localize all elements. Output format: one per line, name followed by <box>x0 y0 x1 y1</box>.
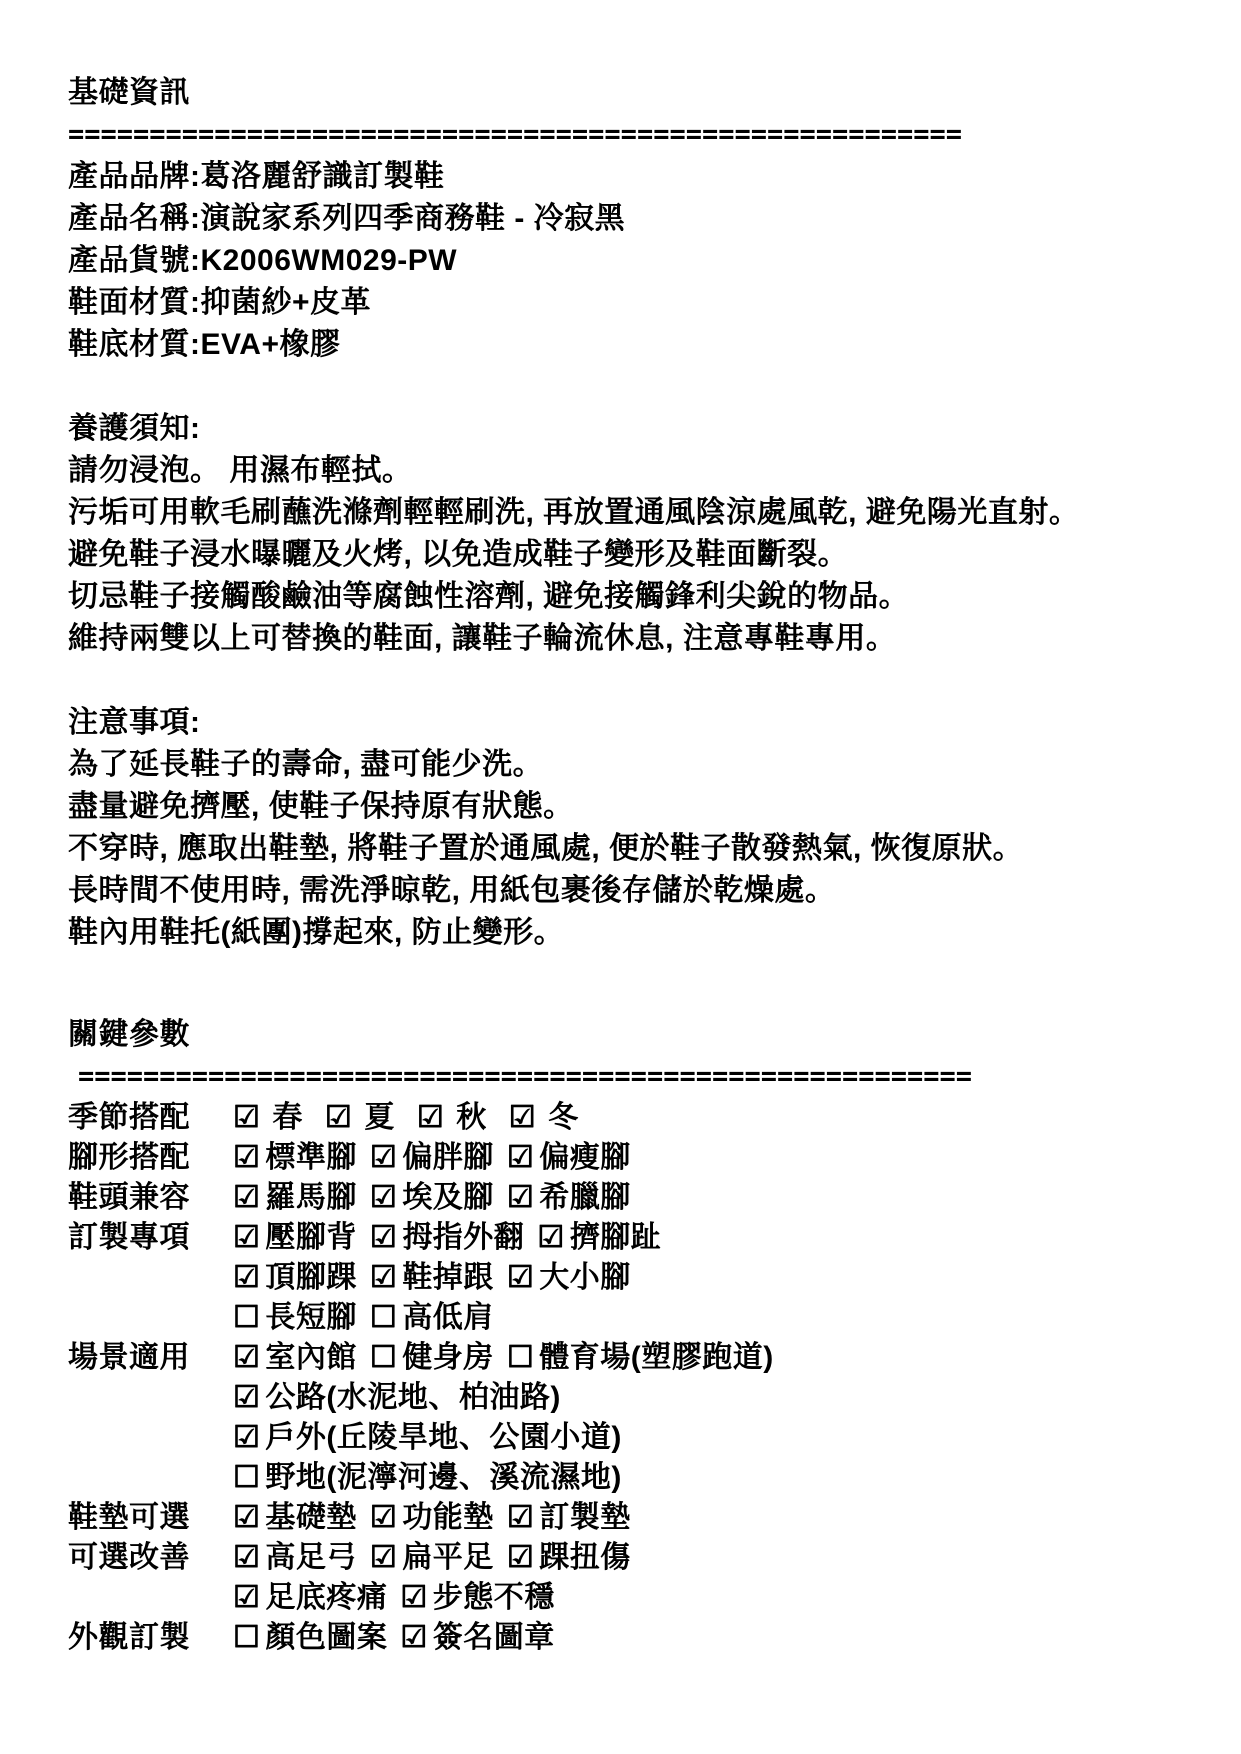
paragraph-line: 切忌鞋子接觸酸鹼油等腐蝕性溶劑, 避免接觸鋒利尖銳的物品。 <box>68 576 1201 618</box>
checkbox-item: ☐健身房 <box>370 1341 494 1374</box>
checkbox-item-label: 鞋掉跟 <box>402 1261 494 1294</box>
checkbox-item: ☐顏色圖案 <box>233 1621 387 1654</box>
checkbox-checked-icon: ☑ <box>233 1341 260 1374</box>
field-separator: : <box>190 286 201 319</box>
section-key-parameters: 關鍵參數 ===================================… <box>68 1014 1201 1658</box>
param-items: ☑公路(水泥地、柏油路) <box>233 1381 574 1414</box>
checkbox-item: ☑偏胖腳 <box>370 1141 494 1174</box>
checkbox-item: ☐長短腳 <box>233 1301 357 1334</box>
param-label: 鞋墊可選 <box>68 1498 233 1538</box>
checkbox-item: ☑秋 <box>417 1101 487 1134</box>
param-label: 鞋頭兼容 <box>68 1178 233 1218</box>
param-row: ☑足底疼痛☑步態不穩 <box>68 1578 1201 1618</box>
checkbox-item-label: 偏胖腳 <box>402 1141 494 1174</box>
param-row: ☑頂腳踝☑鞋掉跟☑大小腳 <box>68 1258 1201 1298</box>
param-items: ☐顏色圖案☑簽名圖章 <box>233 1621 568 1654</box>
param-row: 場景適用☑室內館☐健身房☐體育場(塑膠跑道) <box>68 1338 1201 1378</box>
checkbox-item-label: 基礎墊 <box>265 1501 357 1534</box>
checkbox-checked-icon: ☑ <box>233 1221 260 1254</box>
field-separator: : <box>190 160 201 193</box>
info-field-row: 產品貨號:K2006WM029-PW <box>68 240 1201 282</box>
param-row: 腳形搭配☑標準腳☑偏胖腳☑偏瘦腳 <box>68 1138 1201 1178</box>
field-label: 鞋面材質 <box>68 286 190 319</box>
field-label: 產品品牌 <box>68 160 190 193</box>
param-items: ☑足底疼痛☑步態不穩 <box>233 1581 568 1614</box>
param-row: ☑公路(水泥地、柏油路) <box>68 1378 1201 1418</box>
checkbox-item: ☑大小腳 <box>507 1261 631 1294</box>
param-items: ☑標準腳☑偏胖腳☑偏瘦腳 <box>233 1141 644 1174</box>
checkbox-item: ☑標準腳 <box>233 1141 357 1174</box>
checkbox-item-label: 健身房 <box>402 1341 494 1374</box>
checkbox-unchecked-icon: ☐ <box>233 1301 260 1334</box>
care-heading: 養護須知: <box>68 408 1201 450</box>
param-items: ☑高足弓☑扁平足☑踝扭傷 <box>233 1541 644 1574</box>
param-items: ☐長短腳☐高低肩 <box>233 1301 507 1334</box>
checkbox-item-label: 壓腳背 <box>265 1221 357 1254</box>
checkbox-item: ☑冬 <box>509 1101 579 1134</box>
param-label: 可選改善 <box>68 1538 233 1578</box>
param-label: 訂製專項 <box>68 1218 233 1258</box>
product-spec-document: 基礎資訊 ===================================… <box>0 0 1241 1658</box>
paragraph-line: 污垢可用軟毛刷蘸洗滌劑輕輕刷洗, 再放置通風陰涼處風乾, 避免陽光直射。 <box>68 492 1201 534</box>
checkbox-item-label: 偏瘦腳 <box>539 1141 631 1174</box>
checkbox-checked-icon: ☑ <box>325 1101 352 1134</box>
divider-line: ========================================… <box>78 1056 1018 1098</box>
checkbox-item-label: 拇指外翻 <box>402 1221 524 1254</box>
checkbox-item: ☑高足弓 <box>233 1541 357 1574</box>
field-value: 抑菌紗+皮革 <box>201 286 372 319</box>
checkbox-checked-icon: ☑ <box>537 1221 564 1254</box>
param-row: 鞋頭兼容☑羅馬腳☑埃及腳☑希臘腳 <box>68 1178 1201 1218</box>
section-notes: 注意事項: 為了延長鞋子的壽命, 盡可能少洗。盡量避免擠壓, 使鞋子保持原有狀態… <box>68 702 1201 954</box>
param-items: ☑基礎墊☑功能墊☑訂製墊 <box>233 1501 644 1534</box>
param-items: ☑羅馬腳☑埃及腳☑希臘腳 <box>233 1181 644 1214</box>
checkbox-item-label: 高低肩 <box>402 1301 494 1334</box>
checkbox-item-label: 高足弓 <box>265 1541 357 1574</box>
checkbox-item-label: 埃及腳 <box>402 1181 494 1214</box>
param-items: ☑頂腳踝☑鞋掉跟☑大小腳 <box>233 1261 644 1294</box>
checkbox-item: ☑扁平足 <box>370 1541 494 1574</box>
param-items: ☑戶外(丘陵旱地、公園小道) <box>233 1421 635 1454</box>
checkbox-checked-icon: ☑ <box>233 1101 260 1134</box>
checkbox-item-label: 足底疼痛 <box>265 1581 387 1614</box>
param-items: ☐野地(泥濘河邊、溪流濕地) <box>233 1461 635 1494</box>
checkbox-checked-icon: ☑ <box>233 1581 260 1614</box>
checkbox-checked-icon: ☑ <box>507 1541 534 1574</box>
checkbox-item: ☐野地(泥濘河邊、溪流濕地) <box>233 1461 622 1494</box>
checkbox-item: ☑擠腳趾 <box>537 1221 661 1254</box>
checkbox-checked-icon: ☑ <box>370 1181 397 1214</box>
param-row: ☐長短腳☐高低肩 <box>68 1298 1201 1338</box>
checkbox-item-label: 戶外(丘陵旱地、公園小道) <box>265 1421 621 1454</box>
param-items: ☑春☑夏☑秋☑冬 <box>233 1101 601 1134</box>
checkbox-item-label: 功能墊 <box>402 1501 494 1534</box>
paragraph-line: 不穿時, 應取出鞋墊, 將鞋子置於通風處, 便於鞋子散發熱氣, 恢復原狀。 <box>68 828 1201 870</box>
checkbox-item-label: 體育場(塑膠跑道) <box>539 1341 773 1374</box>
paragraph-line: 盡量避免擠壓, 使鞋子保持原有狀態。 <box>68 786 1201 828</box>
notes-heading: 注意事項: <box>68 702 1201 744</box>
checkbox-checked-icon: ☑ <box>233 1141 260 1174</box>
info-field-row: 產品名稱:演說家系列四季商務鞋 - 冷寂黑 <box>68 198 1201 240</box>
checkbox-item-label: 春 <box>272 1101 303 1134</box>
paragraph-line: 維持兩雙以上可替換的鞋面, 讓鞋子輪流休息, 注意專鞋專用。 <box>68 618 1201 660</box>
checkbox-item: ☑訂製墊 <box>507 1501 631 1534</box>
checkbox-item-label: 簽名圖章 <box>433 1621 555 1654</box>
checkbox-item-label: 顏色圖案 <box>265 1621 387 1654</box>
checkbox-item: ☑公路(水泥地、柏油路) <box>233 1381 561 1414</box>
checkbox-item: ☐體育場(塑膠跑道) <box>507 1341 774 1374</box>
checkbox-item: ☑簽名圖章 <box>400 1621 554 1654</box>
checkbox-item: ☑春 <box>233 1101 303 1134</box>
checkbox-item: ☑頂腳踝 <box>233 1261 357 1294</box>
checkbox-item: ☑拇指外翻 <box>370 1221 524 1254</box>
field-separator: : <box>190 328 201 361</box>
paragraph-line: 請勿浸泡。 用濕布輕拭。 <box>68 450 1201 492</box>
checkbox-item-label: 標準腳 <box>265 1141 357 1174</box>
divider-line: ========================================… <box>68 114 1008 156</box>
checkbox-unchecked-icon: ☐ <box>370 1301 397 1334</box>
checkbox-checked-icon: ☑ <box>507 1141 534 1174</box>
checkbox-checked-icon: ☑ <box>507 1501 534 1534</box>
param-row: 訂製專項☑壓腳背☑拇指外翻☑擠腳趾 <box>68 1218 1201 1258</box>
checkbox-item-label: 步態不穩 <box>433 1581 555 1614</box>
param-row: ☑戶外(丘陵旱地、公園小道) <box>68 1418 1201 1458</box>
section-care-instructions: 養護須知: 請勿浸泡。 用濕布輕拭。污垢可用軟毛刷蘸洗滌劑輕輕刷洗, 再放置通風… <box>68 408 1201 660</box>
checkbox-item: ☑夏 <box>325 1101 395 1134</box>
document-page: { "page": { "background": "#ffffff", "te… <box>0 0 1241 1754</box>
checkbox-checked-icon: ☑ <box>370 1541 397 1574</box>
paragraph-line: 避免鞋子浸水曝曬及火烤, 以免造成鞋子變形及鞋面斷裂。 <box>68 534 1201 576</box>
checkbox-item-label: 擠腳趾 <box>570 1221 662 1254</box>
checkbox-item-label: 扁平足 <box>402 1541 494 1574</box>
checkbox-unchecked-icon: ☐ <box>370 1341 397 1374</box>
checkbox-unchecked-icon: ☐ <box>507 1341 534 1374</box>
checkbox-item-label: 頂腳踝 <box>265 1261 357 1294</box>
param-label: 季節搭配 <box>68 1098 233 1138</box>
field-label: 產品貨號 <box>68 244 190 277</box>
checkbox-item: ☑偏瘦腳 <box>507 1141 631 1174</box>
checkbox-item: ☑希臘腳 <box>507 1181 631 1214</box>
checkbox-item-label: 野地(泥濘河邊、溪流濕地) <box>265 1461 621 1494</box>
checkbox-checked-icon: ☑ <box>417 1101 444 1134</box>
paragraph-line: 鞋內用鞋托(紙團)撐起來, 防止變形。 <box>68 912 1201 954</box>
checkbox-item-label: 踝扭傷 <box>539 1541 631 1574</box>
param-row: 可選改善☑高足弓☑扁平足☑踝扭傷 <box>68 1538 1201 1578</box>
paragraph-line: 為了延長鞋子的壽命, 盡可能少洗。 <box>68 744 1201 786</box>
checkbox-item-label: 羅馬腳 <box>265 1181 357 1214</box>
checkbox-checked-icon: ☑ <box>370 1261 397 1294</box>
checkbox-checked-icon: ☑ <box>370 1221 397 1254</box>
checkbox-item: ☑踝扭傷 <box>507 1541 631 1574</box>
checkbox-item: ☑室內館 <box>233 1341 357 1374</box>
checkbox-item-label: 訂製墊 <box>539 1501 631 1534</box>
checkbox-item-label: 夏 <box>364 1101 395 1134</box>
checkbox-item-label: 大小腳 <box>539 1261 631 1294</box>
checkbox-item-label: 冬 <box>548 1101 579 1134</box>
checkbox-item-label: 公路(水泥地、柏油路) <box>265 1381 560 1414</box>
checkbox-checked-icon: ☑ <box>400 1621 427 1654</box>
checkbox-item-label: 希臘腳 <box>539 1181 631 1214</box>
checkbox-item: ☑步態不穩 <box>400 1581 554 1614</box>
checkbox-checked-icon: ☑ <box>509 1101 536 1134</box>
parameter-checklist: 季節搭配☑春☑夏☑秋☑冬腳形搭配☑標準腳☑偏胖腳☑偏瘦腳鞋頭兼容☑羅馬腳☑埃及腳… <box>68 1098 1201 1658</box>
checkbox-item: ☑埃及腳 <box>370 1181 494 1214</box>
checkbox-checked-icon: ☑ <box>507 1261 534 1294</box>
param-items: ☑壓腳背☑拇指外翻☑擠腳趾 <box>233 1221 674 1254</box>
param-row: ☐野地(泥濘河邊、溪流濕地) <box>68 1458 1201 1498</box>
param-label: 外觀訂製 <box>68 1618 233 1658</box>
checkbox-item: ☑足底疼痛 <box>233 1581 387 1614</box>
checkbox-checked-icon: ☑ <box>370 1141 397 1174</box>
checkbox-item-label: 室內館 <box>265 1341 357 1374</box>
checkbox-checked-icon: ☑ <box>233 1421 260 1454</box>
section-basic-info: 基礎資訊 ===================================… <box>68 72 1201 366</box>
care-line-list: 請勿浸泡。 用濕布輕拭。污垢可用軟毛刷蘸洗滌劑輕輕刷洗, 再放置通風陰涼處風乾,… <box>68 450 1201 660</box>
checkbox-checked-icon: ☑ <box>233 1501 260 1534</box>
field-value: 葛洛麗舒識訂製鞋 <box>201 160 445 193</box>
checkbox-item: ☐高低肩 <box>370 1301 494 1334</box>
checkbox-unchecked-icon: ☐ <box>233 1461 260 1494</box>
param-items: ☑室內館☐健身房☐體育場(塑膠跑道) <box>233 1341 787 1374</box>
checkbox-item: ☑鞋掉跟 <box>370 1261 494 1294</box>
paragraph-line: 長時間不使用時, 需洗淨晾乾, 用紙包裹後存儲於乾燥處。 <box>68 870 1201 912</box>
checkbox-item: ☑基礎墊 <box>233 1501 357 1534</box>
field-separator: : <box>190 244 201 277</box>
checkbox-item-label: 長短腳 <box>265 1301 357 1334</box>
checkbox-checked-icon: ☑ <box>233 1381 260 1414</box>
field-value: 演說家系列四季商務鞋 - 冷寂黑 <box>201 202 626 235</box>
field-separator: : <box>190 202 201 235</box>
field-value: EVA+橡膠 <box>201 328 341 361</box>
checkbox-item: ☑羅馬腳 <box>233 1181 357 1214</box>
checkbox-item: ☑壓腳背 <box>233 1221 357 1254</box>
checkbox-checked-icon: ☑ <box>400 1581 427 1614</box>
info-field-row: 產品品牌:葛洛麗舒識訂製鞋 <box>68 156 1201 198</box>
checkbox-checked-icon: ☑ <box>370 1501 397 1534</box>
checkbox-item: ☑功能墊 <box>370 1501 494 1534</box>
checkbox-checked-icon: ☑ <box>233 1261 260 1294</box>
info-field-list: 產品品牌:葛洛麗舒識訂製鞋產品名稱:演說家系列四季商務鞋 - 冷寂黑產品貨號:K… <box>68 156 1201 366</box>
field-value: K2006WM029-PW <box>201 244 458 277</box>
basic-info-title: 基礎資訊 <box>68 72 1201 114</box>
checkbox-checked-icon: ☑ <box>233 1541 260 1574</box>
field-label: 產品名稱 <box>68 202 190 235</box>
info-field-row: 鞋底材質:EVA+橡膠 <box>68 324 1201 366</box>
info-field-row: 鞋面材質:抑菌紗+皮革 <box>68 282 1201 324</box>
checkbox-item: ☑戶外(丘陵旱地、公園小道) <box>233 1421 622 1454</box>
checkbox-item-label: 秋 <box>456 1101 487 1134</box>
field-label: 鞋底材質 <box>68 328 190 361</box>
param-row: 季節搭配☑春☑夏☑秋☑冬 <box>68 1098 1201 1138</box>
checkbox-checked-icon: ☑ <box>233 1181 260 1214</box>
param-row: 外觀訂製☐顏色圖案☑簽名圖章 <box>68 1618 1201 1658</box>
checkbox-unchecked-icon: ☐ <box>233 1621 260 1654</box>
param-row: 鞋墊可選☑基礎墊☑功能墊☑訂製墊 <box>68 1498 1201 1538</box>
key-parameters-title: 關鍵參數 <box>68 1014 1201 1056</box>
param-label: 腳形搭配 <box>68 1138 233 1178</box>
checkbox-checked-icon: ☑ <box>507 1181 534 1214</box>
notes-line-list: 為了延長鞋子的壽命, 盡可能少洗。盡量避免擠壓, 使鞋子保持原有狀態。不穿時, … <box>68 744 1201 954</box>
param-label: 場景適用 <box>68 1338 233 1378</box>
